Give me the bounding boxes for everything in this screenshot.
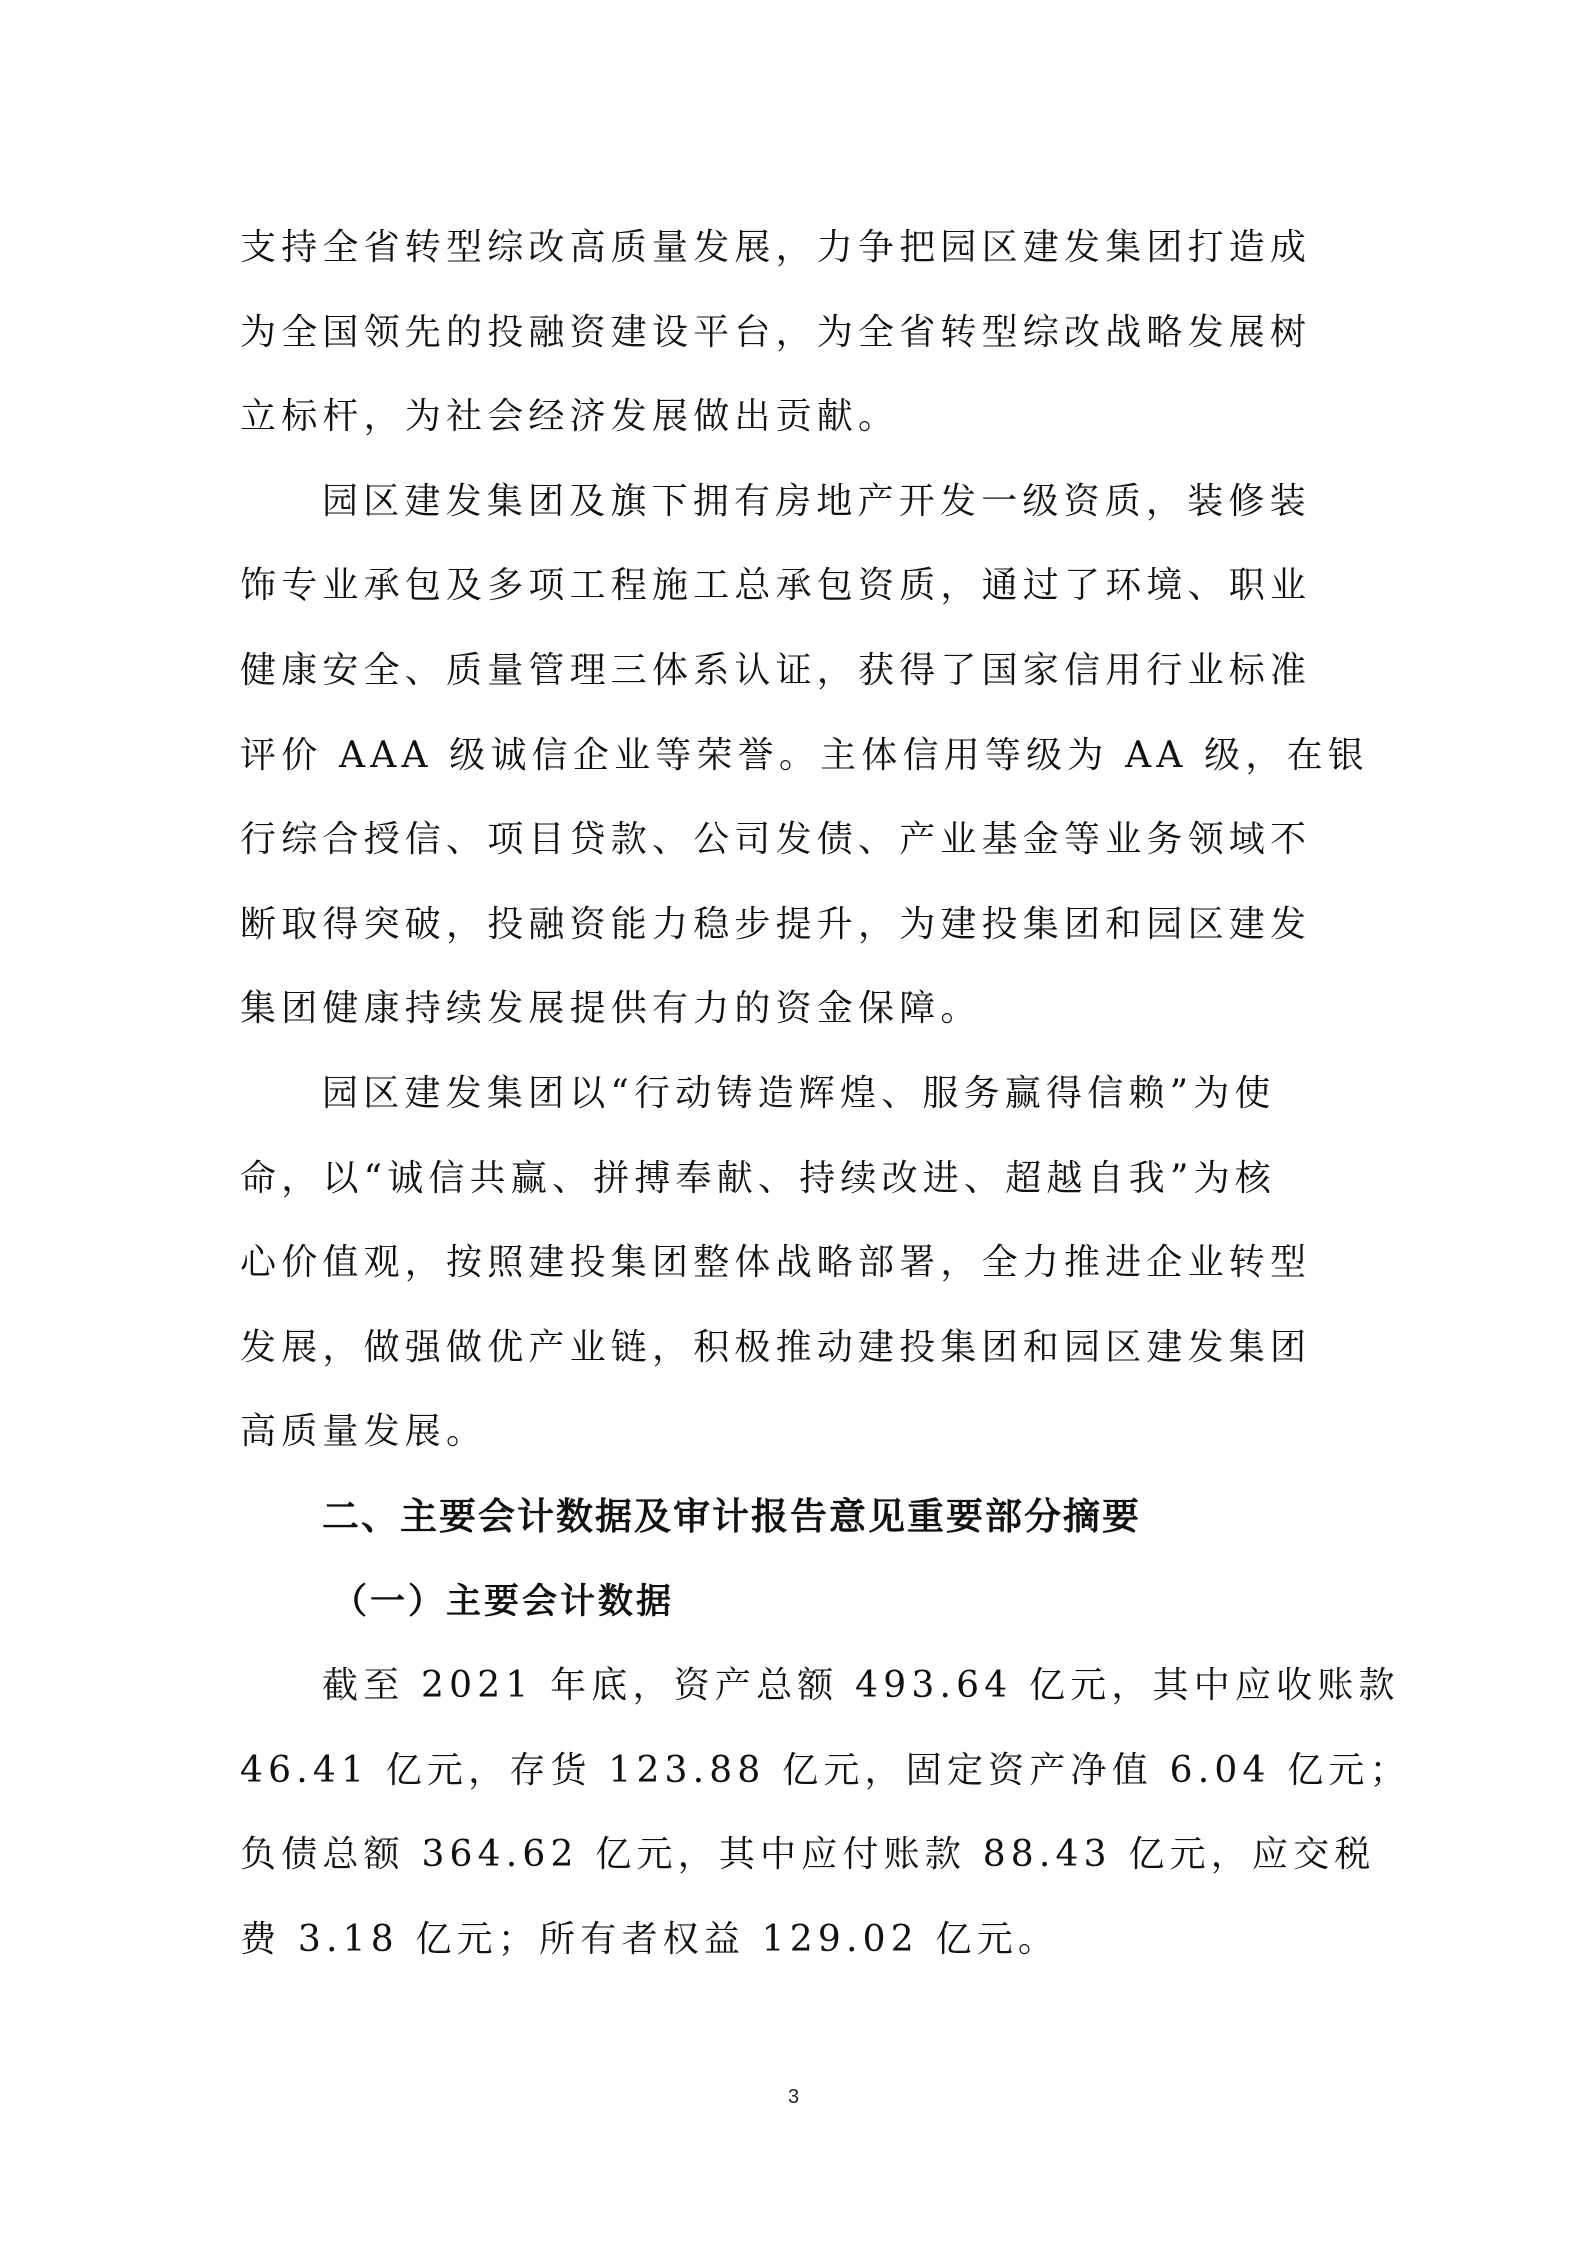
text-line: 立标杆，为社会经济发展做出贡献。: [240, 375, 1352, 460]
subsection-heading: （一）主要会计数据: [240, 1560, 1352, 1645]
text-line: 命，以“诚信共赢、拼搏奉献、持续改进、超越自我”为核: [240, 1137, 1352, 1222]
text-line: 园区建发集团以“行动铸造辉煌、服务赢得信赖”为使: [240, 1052, 1352, 1137]
text-line: 费 3.18 亿元；所有者权益 129.02 亿元。: [240, 1898, 1352, 1983]
text-line: 健康安全、质量管理三体系认证，获得了国家信用行业标准: [240, 629, 1352, 714]
page-number: 3: [0, 2086, 1587, 2109]
paragraph-2: 园区建发集团及旗下拥有房地产开发一级资质，装修装 饰专业承包及多项工程施工总承包…: [240, 460, 1352, 1052]
financial-data-paragraph: 截至 2021 年底，资产总额 493.64 亿元，其中应收账款 46.41 亿…: [240, 1644, 1352, 1982]
text-line: 园区建发集团及旗下拥有房地产开发一级资质，装修装: [240, 460, 1352, 545]
text-line: 为全国领先的投融资建设平台，为全省转型综改战略发展树: [240, 291, 1352, 376]
text-line: 饰专业承包及多项工程施工总承包资质，通过了环境、职业: [240, 544, 1352, 629]
text-line: 高质量发展。: [240, 1390, 1352, 1475]
text-line: 行综合授信、项目贷款、公司发债、产业基金等业务领域不: [240, 798, 1352, 883]
section-heading: 二、主要会计数据及审计报告意见重要部分摘要: [240, 1475, 1352, 1560]
text-line: 46.41 亿元，存货 123.88 亿元，固定资产净值 6.04 亿元；: [240, 1729, 1352, 1814]
text-line: 支持全省转型综改高质量发展，力争把园区建发集团打造成: [240, 206, 1352, 291]
text-line: 评价 AAA 级诚信企业等荣誉。主体信用等级为 AA 级，在银: [240, 714, 1352, 799]
text-line: 发展，做强做优产业链，积极推动建投集团和园区建发集团: [240, 1306, 1352, 1391]
paragraph-1: 支持全省转型综改高质量发展，力争把园区建发集团打造成 为全国领先的投融资建设平台…: [240, 206, 1352, 460]
text-line: 负债总额 364.62 亿元，其中应付账款 88.43 亿元，应交税: [240, 1813, 1352, 1898]
paragraph-3: 园区建发集团以“行动铸造辉煌、服务赢得信赖”为使 命，以“诚信共赢、拼搏奉献、持…: [240, 1052, 1352, 1475]
text-line: 截至 2021 年底，资产总额 493.64 亿元，其中应收账款: [240, 1644, 1352, 1729]
text-line: 心价值观，按照建投集团整体战略部署，全力推进企业转型: [240, 1221, 1352, 1306]
text-line: 断取得突破，投融资能力稳步提升，为建投集团和园区建发: [240, 883, 1352, 968]
document-body: 支持全省转型综改高质量发展，力争把园区建发集团打造成 为全国领先的投融资建设平台…: [240, 206, 1352, 1982]
text-line: 集团健康持续发展提供有力的资金保障。: [240, 967, 1352, 1052]
